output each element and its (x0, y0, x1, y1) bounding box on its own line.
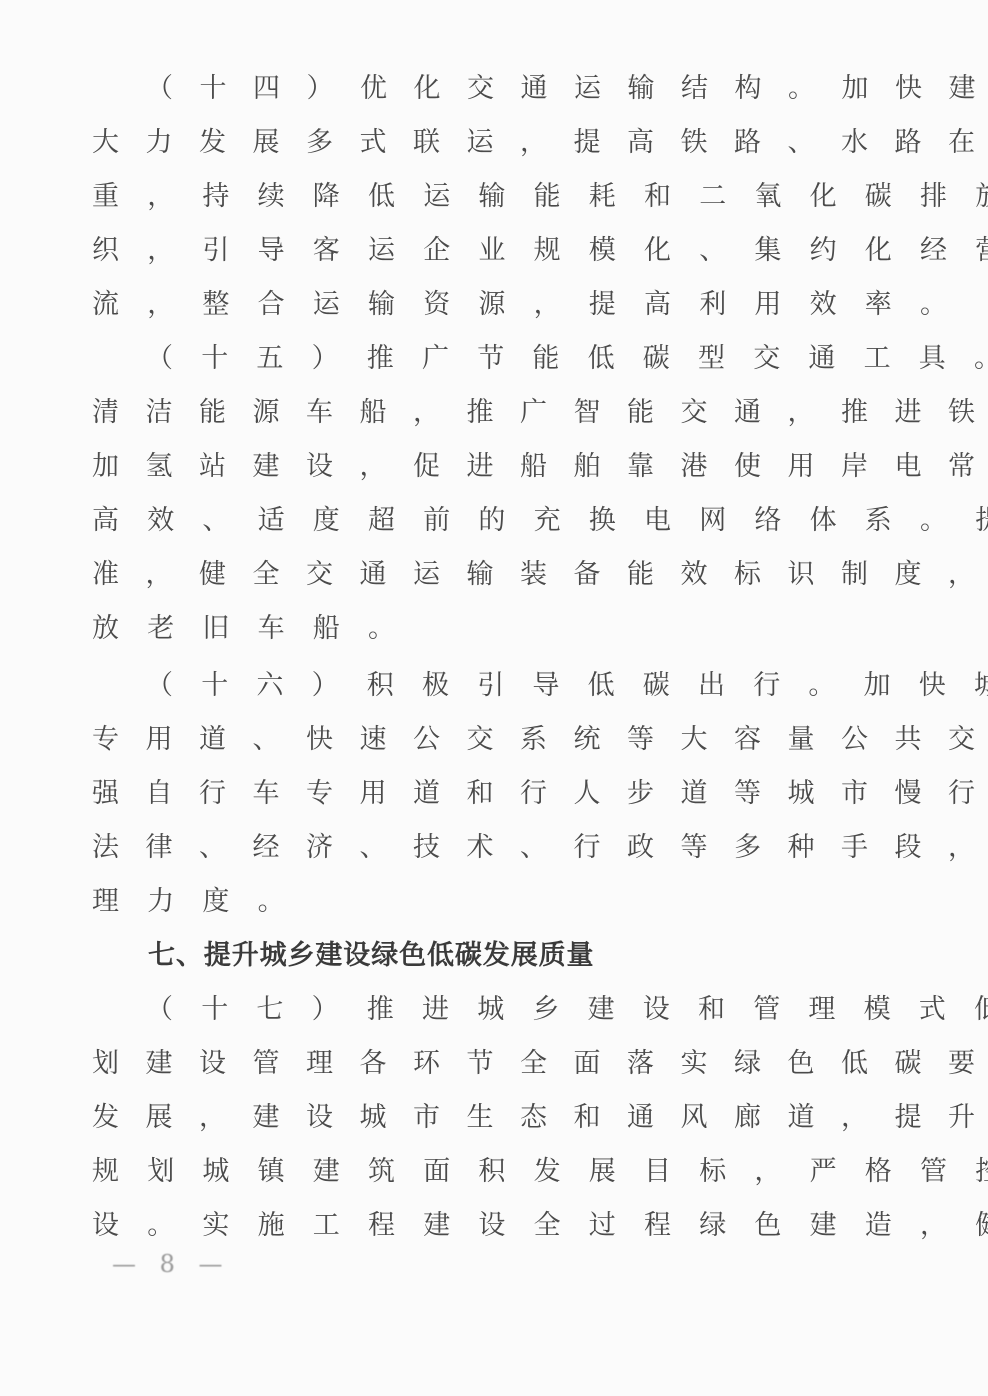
paragraph-14-line-4: 织，引导客运企业规模化、集约化经营。加快发展绿色物 (92, 224, 988, 278)
paragraph-14-line-3: 重，持续降低运输能耗和二氧化碳排放强度。优化客运组 (92, 170, 988, 224)
paragraph-17-line-5: 设。实施工程建设全过程绿色建造，健全建筑拆除管理制 (92, 1199, 988, 1253)
paragraph-15-line-4: 高效、适度超前的充换电网络体系。提高燃油车船能效标 (92, 494, 988, 548)
section-heading-7: 七、提升城乡建设绿色低碳发展质量 (148, 929, 594, 983)
paragraph-16-line-5: 理力度。 (92, 875, 313, 929)
paragraph-15-line-1: （十五）推广节能低碳型交通工具。加快发展新能源和 (146, 332, 988, 386)
paragraph-16-line-3: 强自行车专用道和行人步道等城市慢行系统建设。综合运用 (92, 767, 988, 821)
paragraph-17-line-4: 规划城镇建筑面积发展目标，严格管控高能耗公共建筑建 (92, 1145, 988, 1199)
paragraph-16-line-2: 专用道、快速公交系统等大容量公共交通基础设施建设，加 (92, 713, 988, 767)
paragraph-16-line-1: （十六）积极引导低碳出行。加快城市轨道交通、公交 (146, 659, 988, 713)
paragraph-16-line-4: 法律、经济、技术、行政等多种手段，加大城市交通拥堵治 (92, 821, 988, 875)
paragraph-15-line-6: 放老旧车船。 (92, 602, 423, 656)
paragraph-15-line-2: 清洁能源车船，推广智能交通，推进铁路电气化改造，推动 (92, 386, 988, 440)
paragraph-17-line-3: 发展，建设城市生态和通风廊道，提升城市绿化水平。合理 (92, 1091, 988, 1145)
paragraph-14-line-5: 流，整合运输资源，提高利用效率。 (92, 278, 975, 332)
paragraph-17-line-2: 划建设管理各环节全面落实绿色低碳要求。推动城市组团式 (92, 1037, 988, 1091)
paragraph-14-line-1: （十四）优化交通运输结构。加快建设综合立体交通网， (146, 62, 988, 116)
paragraph-15-line-5: 准，健全交通运输装备能效标识制度，加快淘汰高耗能高排 (92, 548, 988, 602)
paragraph-15-line-3: 加氢站建设，促进船舶靠港使用岸电常态化。加快构建便利 (92, 440, 988, 494)
page-number: — 8 — (112, 1250, 231, 1278)
paragraph-17-line-1: （十七）推进城乡建设和管理模式低碳转型。在城乡规 (146, 983, 988, 1037)
paragraph-14-line-2: 大力发展多式联运，提高铁路、水路在综合运输中的承运比 (92, 116, 988, 170)
document-page: （十四）优化交通运输结构。加快建设综合立体交通网， 大力发展多式联运，提高铁路、… (0, 0, 988, 1396)
